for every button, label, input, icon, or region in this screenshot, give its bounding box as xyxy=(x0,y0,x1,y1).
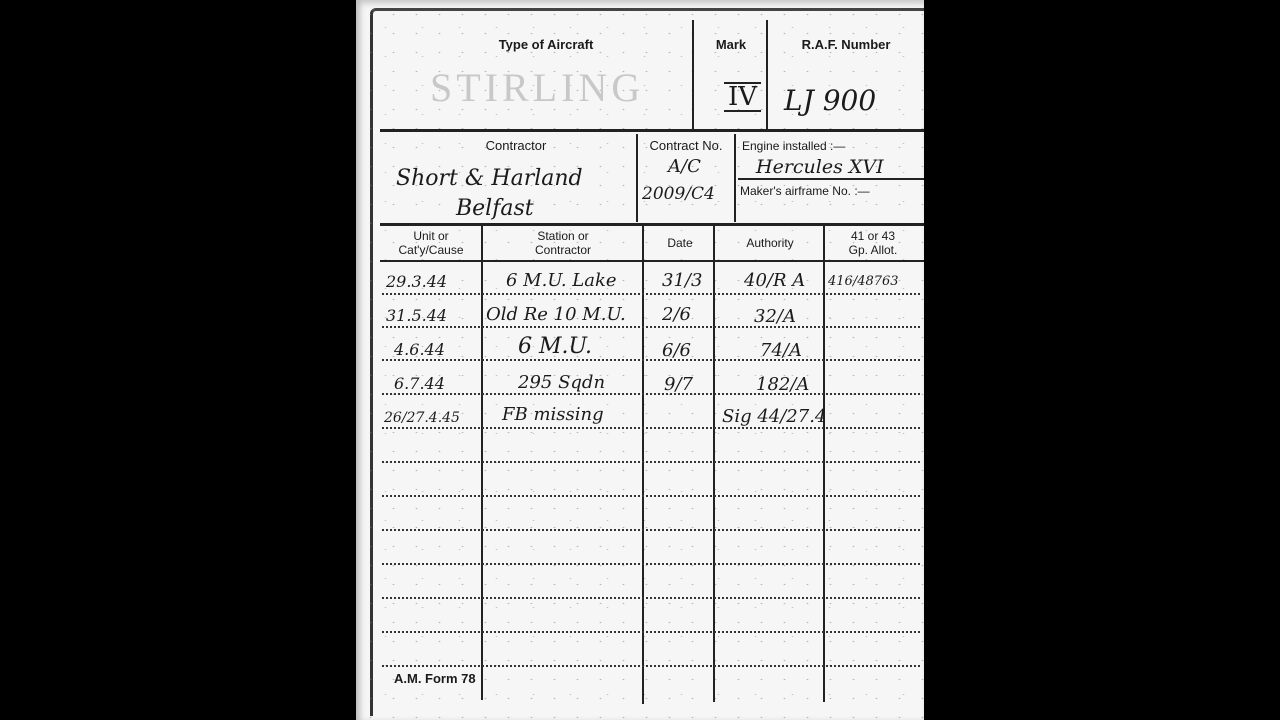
table-cell: 26/27.4.45 xyxy=(384,410,460,426)
contract-no-line1: A/C xyxy=(668,156,701,177)
table-cell: Sig 44/27.4 xyxy=(722,406,826,427)
table-cell: 40/R A xyxy=(744,270,805,291)
divider xyxy=(380,129,924,132)
header-gp-allot: 41 or 43 Gp. Allot. xyxy=(826,229,920,257)
ruled-line xyxy=(382,495,920,497)
table-cell: 74/A xyxy=(760,340,802,361)
ruled-line xyxy=(382,393,920,395)
form-number: A.M. Form 78 xyxy=(394,672,476,686)
header-station: Station or Contractor xyxy=(484,229,642,257)
raf-number-label: R.A.F. Number xyxy=(776,38,916,52)
mark-label: Mark xyxy=(696,38,766,52)
divider xyxy=(380,223,924,226)
table-cell: 2/6 xyxy=(662,304,691,325)
ruled-line xyxy=(382,461,920,463)
table-cell: 31/3 xyxy=(662,270,702,291)
divider xyxy=(380,260,924,262)
table-cell: FB missing xyxy=(502,404,604,425)
ruled-line xyxy=(382,631,920,633)
divider xyxy=(766,20,768,130)
table-cell: 4.6.44 xyxy=(394,340,445,359)
header-unit: Unit or Cat'y/Cause xyxy=(382,229,480,257)
raf-number-value: LJ 900 xyxy=(784,84,876,117)
type-of-aircraft-value: STIRLING xyxy=(430,64,644,111)
ruled-line xyxy=(382,597,920,599)
table-cell: 6.7.44 xyxy=(394,374,445,393)
table-cell: 29.3.44 xyxy=(386,272,447,291)
contractor-value-line1: Short & Harland xyxy=(396,166,583,191)
ruled-line xyxy=(382,326,920,328)
ruled-line xyxy=(382,293,920,295)
table-cell: 9/7 xyxy=(664,374,693,395)
column-divider xyxy=(481,226,483,700)
contract-no-label: Contract No. xyxy=(638,139,734,153)
engine-installed-value: Hercules XVI xyxy=(756,156,884,178)
ruled-line xyxy=(382,665,920,667)
contract-no-line2: 2009/C4 xyxy=(642,184,715,204)
ruled-line xyxy=(382,359,920,361)
table-cell: 6 M.U. xyxy=(518,334,592,359)
table-cell: 31.5.44 xyxy=(386,306,447,325)
table-cell: 416/48763 xyxy=(828,274,899,289)
aircraft-movement-card: Type of Aircraft STIRLING Mark IV R.A.F.… xyxy=(356,0,924,720)
divider xyxy=(692,20,694,130)
contractor-label: Contractor xyxy=(446,139,586,153)
mark-value: IV xyxy=(724,82,761,112)
table-cell: 6/6 xyxy=(662,340,691,361)
engine-installed-label: Engine installed :— xyxy=(742,139,892,153)
divider xyxy=(738,178,924,180)
ruled-line xyxy=(382,563,920,565)
table-cell: 295 Sqdn xyxy=(518,372,605,393)
table-cell: 32/A xyxy=(754,306,796,327)
divider xyxy=(734,134,736,222)
ruled-line xyxy=(382,529,920,531)
type-of-aircraft-label: Type of Aircraft xyxy=(466,38,626,52)
contractor-value-line2: Belfast xyxy=(456,196,534,221)
header-date: Date xyxy=(646,236,714,250)
table-cell: 6 M.U. Lake xyxy=(506,270,617,291)
table-cell: Old Re 10 M.U. xyxy=(486,304,626,325)
makers-airframe-label: Maker's airframe No. :— xyxy=(740,184,920,198)
table-cell: 182/A xyxy=(756,374,809,395)
header-authority: Authority xyxy=(716,236,824,250)
ruled-line xyxy=(382,427,920,429)
